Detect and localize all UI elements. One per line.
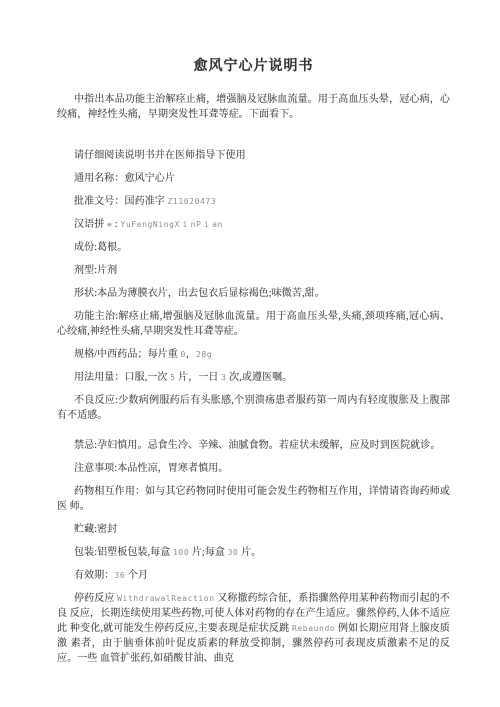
paragraph-adverse-reactions: 不良反应:少数病例服药后有头胀感,个别溃疡患者服药第一周内有轻度腹胀及上腹部 有… [57, 393, 450, 423]
latin-text: 5 [170, 373, 175, 382]
paragraph-contraindications: 禁忌:孕妇慎用。忌食生冷、辛辣、油腻食物。若症状未缓解，应及时到医院就诊。 [57, 438, 450, 453]
latin-text: 36 [114, 571, 125, 580]
paragraph-approval-number: 批准文号：国药准字 Z11020473 [57, 194, 450, 209]
latin-text: 0 [180, 350, 185, 359]
paragraph-storage: 贮藏:密封 [57, 522, 450, 537]
latin-text: WithdrawalReaction [117, 594, 215, 603]
latin-text: i [183, 220, 188, 229]
latin-text: 3 [221, 373, 226, 382]
latin-text: nP [191, 220, 202, 229]
latin-text: i [204, 220, 209, 229]
drug-leaflet-page: 愈风宁心片说明书 中指出本品功能主治解痉止痛，增强脑及冠脉血流量。用于高血压头晕… [0, 0, 500, 707]
paragraph-ingredients: 成份:葛根。 [57, 240, 450, 255]
latin-text: 30 [228, 548, 239, 557]
paragraph-indications: 功能主治:解痉止痛,增强脑及冠脉血流量。用于高血压头晕,头痛,颈项疼痛,冠心病、… [57, 309, 450, 339]
paragraph-generic-name: 通用名称：愈风宁心片 [57, 171, 450, 186]
paragraph-usage-dosage: 用法用量：口服,一次 5 片，一日 3 次,或遵医嘱。 [57, 370, 450, 385]
leaflet-body: 中指出本品功能主治解痉止痛，增强脑及冠脉血流量。用于高血压头晕，冠心病，心 绞痛… [57, 92, 450, 666]
paragraph-packaging: 包装:铝塑板包装,每盒 100 片;每盒 30 片。 [57, 545, 450, 560]
page-title: 愈风宁心片说明书 [57, 56, 450, 74]
latin-text: ≡ [107, 220, 112, 229]
paragraph-drug-interactions: 药物相互作用：如与其它药物同时使用可能会发生药物相互作用，详情请咨询药师或医 师… [57, 484, 450, 514]
latin-text: Z11020473 [168, 197, 217, 206]
paragraph-appearance: 形状:本品为薄膜衣片，出去包衣后显棕褐色;味微苦,甜。 [57, 286, 450, 301]
paragraph-dosage-form: 剂型:片剂 [57, 263, 450, 278]
latin-text: 100 [173, 548, 189, 557]
paragraph-intro: 中指出本品功能主治解痉止痛，增强脑及冠脉血流量。用于高血压头晕，冠心病，心 绞痛… [57, 92, 450, 122]
paragraph-precautions: 注意事项:本品性凉，胃寒者慎用。 [57, 461, 450, 476]
latin-text: Rebaundo [292, 624, 335, 633]
latin-text: 28g [196, 350, 212, 359]
paragraph-pinyin: 汉语拼 ≡ : YuFengNingX i nP i an [57, 217, 450, 232]
latin-text: an [212, 220, 223, 229]
paragraph-validity: 有效期：36 个月 [57, 568, 450, 583]
latin-text: YuFengNingX [120, 220, 180, 229]
paragraph-withdrawal-reaction: 停药反应 WithdrawalReaction 又称撤药综合征，系指骤然停用某种… [57, 591, 450, 666]
paragraph-notice: 请仔细阅读说明书并在医师指导下使用 [57, 148, 450, 163]
paragraph-specification: 规格/中西药品；每片重 0，28g [57, 347, 450, 362]
